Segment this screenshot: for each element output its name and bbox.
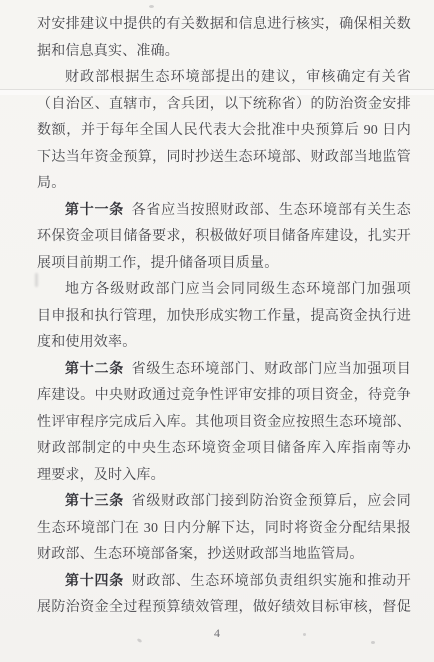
text-line: 性评审程序完成后入库。其他项目资金应按照生态环境部、: [37, 410, 411, 437]
text-line: 财政部制定的中央生态环境资金项目储备库入库指南等办: [37, 436, 411, 463]
text-line: 数额，并于每年全国人民代表大会批准中央预算后 90 日内: [37, 118, 411, 145]
text-line: 下达当年资金预算，同时抄送生态环境部、财政部当地监管: [37, 145, 411, 172]
text-line: 财政部、生态环境部备案，抄送财政部当地监管局。: [37, 542, 411, 569]
text-line: 目申报和执行管理，加快形成实物工作量，提高资金执行进: [37, 304, 411, 331]
text-line: 局。: [37, 171, 411, 198]
text-line: 环保资金项目储备要求，积极做好项目储备库建设，扎实开: [37, 224, 411, 251]
article-number: 第十三条: [65, 494, 124, 509]
text-line: 第十三条省级财政部门接到防治资金预算后，应会同: [37, 489, 411, 516]
text-line: 第十一条各省应当按照财政部、生态环境部有关生态: [37, 198, 411, 225]
text-line: 展防治资金全过程预算绩效管理，做好绩效目标审核，督促: [37, 595, 411, 622]
text-line: 地方各级财政部门应当会同同级生态环境部门加强项: [37, 277, 411, 304]
text-line: 财政部根据生态环境部提出的建议，审核确定有关省: [37, 65, 411, 92]
text-line: 对安排建议中提供的有关数据和信息进行核实，确保相关数: [37, 12, 411, 39]
text-line: 展项目前期工作，提升储备项目质量。: [37, 251, 411, 278]
document-body: 对安排建议中提供的有关数据和信息进行核实，确保相关数据和信息真实、准确。财政部根…: [37, 12, 411, 622]
text-line: （自治区、直辖市，含兵团，以下统称省）的防治资金安排: [37, 92, 411, 119]
article-number: 第十一条: [65, 203, 124, 218]
document-page: 对安排建议中提供的有关数据和信息进行核实，确保相关数据和信息真实、准确。财政部根…: [0, 0, 434, 662]
text-line: 据和信息真实、准确。: [37, 39, 411, 66]
article-number: 第十二条: [65, 362, 124, 377]
text-line: 理要求，及时入库。: [37, 463, 411, 490]
page-number: 4: [0, 626, 434, 641]
scan-speck-artifact: [149, 5, 154, 8]
article-number: 第十四条: [65, 574, 124, 589]
text-line: 度和使用效率。: [37, 330, 411, 357]
text-line: 生态环境部门在 30 日内分解下达，同时将资金分配结果报: [37, 516, 411, 543]
text-line: 库建设。中央财政通过竞争性评审安排的项目资金，待竞争: [37, 383, 411, 410]
text-line: 第十二条省级生态环境部门、财政部门应当加强项目: [37, 357, 411, 384]
scan-speck-artifact: [371, 641, 375, 644]
text-line: 第十四条财政部、生态环境部负责组织实施和推动开: [37, 569, 411, 596]
